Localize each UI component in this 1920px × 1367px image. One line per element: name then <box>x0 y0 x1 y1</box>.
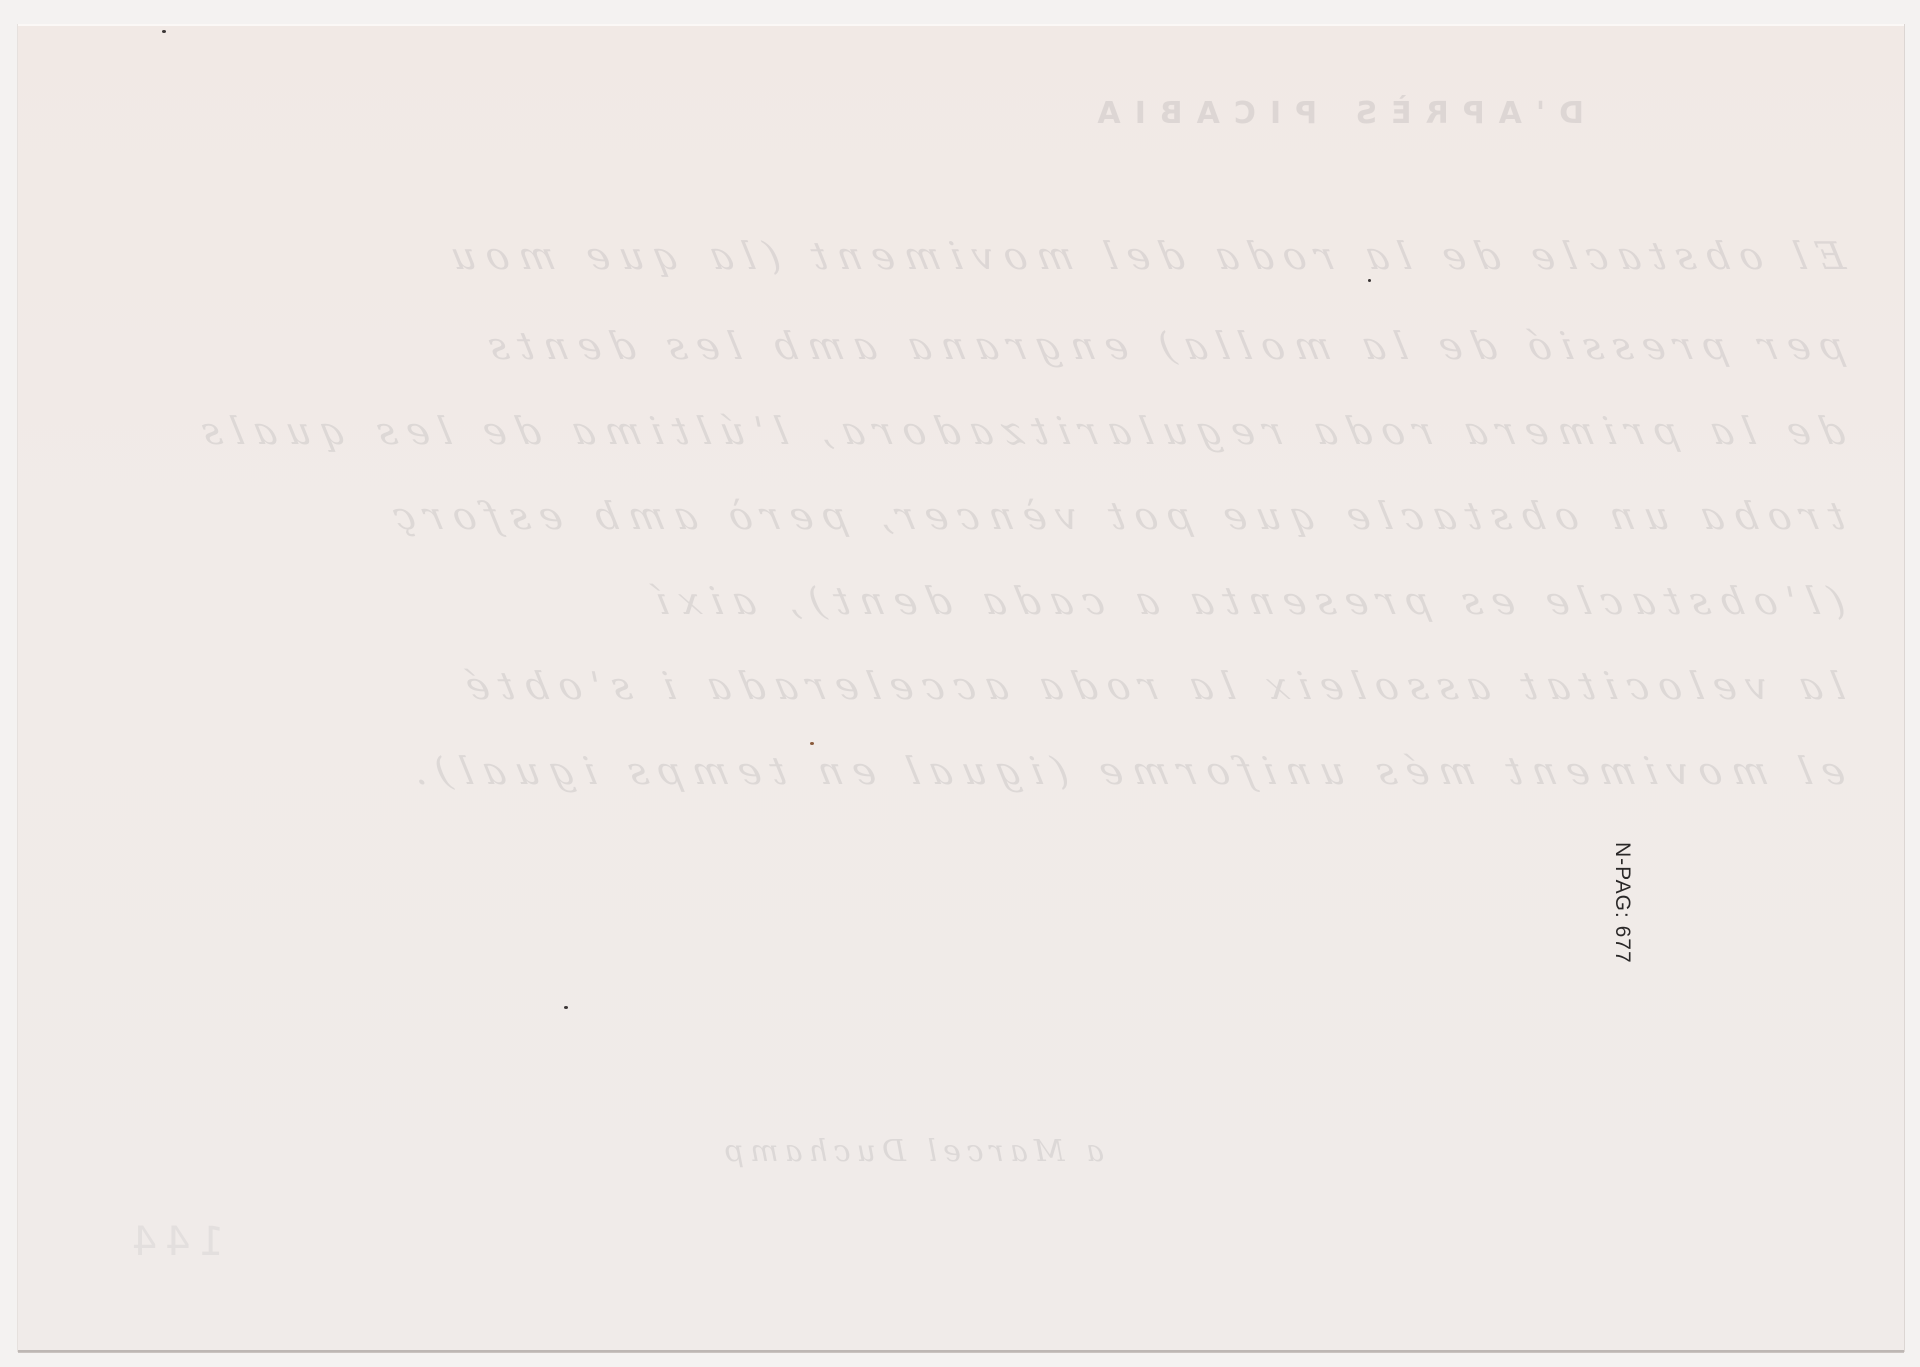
showthrough-title: D'APRÈS PICABIA <box>1083 96 1584 131</box>
paper-sheet: D'APRÈS PICABIA El obstacle de la roda d… <box>18 24 1904 1352</box>
showthrough-page-number: 144 <box>124 1219 224 1265</box>
paper-speck <box>162 30 166 33</box>
paper-speck <box>810 742 814 745</box>
paper-speck <box>564 1006 568 1009</box>
handwriting-showthrough: D'APRÈS PICABIA El obstacle de la roda d… <box>18 24 1904 1352</box>
paper-bottom-edge <box>18 1350 1904 1352</box>
showthrough-line: la velocitat assoleix la roda accelerada… <box>452 664 1849 708</box>
showthrough-line: El obstacle de la roda del moviment (la … <box>436 234 1848 278</box>
showthrough-line: per pressió de la molla) engrana amb les… <box>474 324 1849 368</box>
showthrough-signature: a Marcel Duchamp <box>719 1134 1104 1169</box>
showthrough-line: el moviment més uniforme (igual en temps… <box>399 749 1849 793</box>
showthrough-line: (l'obstacle es presenta a cada dent), ai… <box>642 579 1849 623</box>
showthrough-line: de la primera roda regularitzadora, l'úl… <box>187 409 1849 453</box>
paper-top-edge <box>18 24 1904 26</box>
paper-speck <box>1368 279 1371 282</box>
catalog-stamp: N-PAG: 677 <box>1610 842 1634 964</box>
showthrough-line: troba un obstacle que pot vèncer, però a… <box>379 494 1849 538</box>
